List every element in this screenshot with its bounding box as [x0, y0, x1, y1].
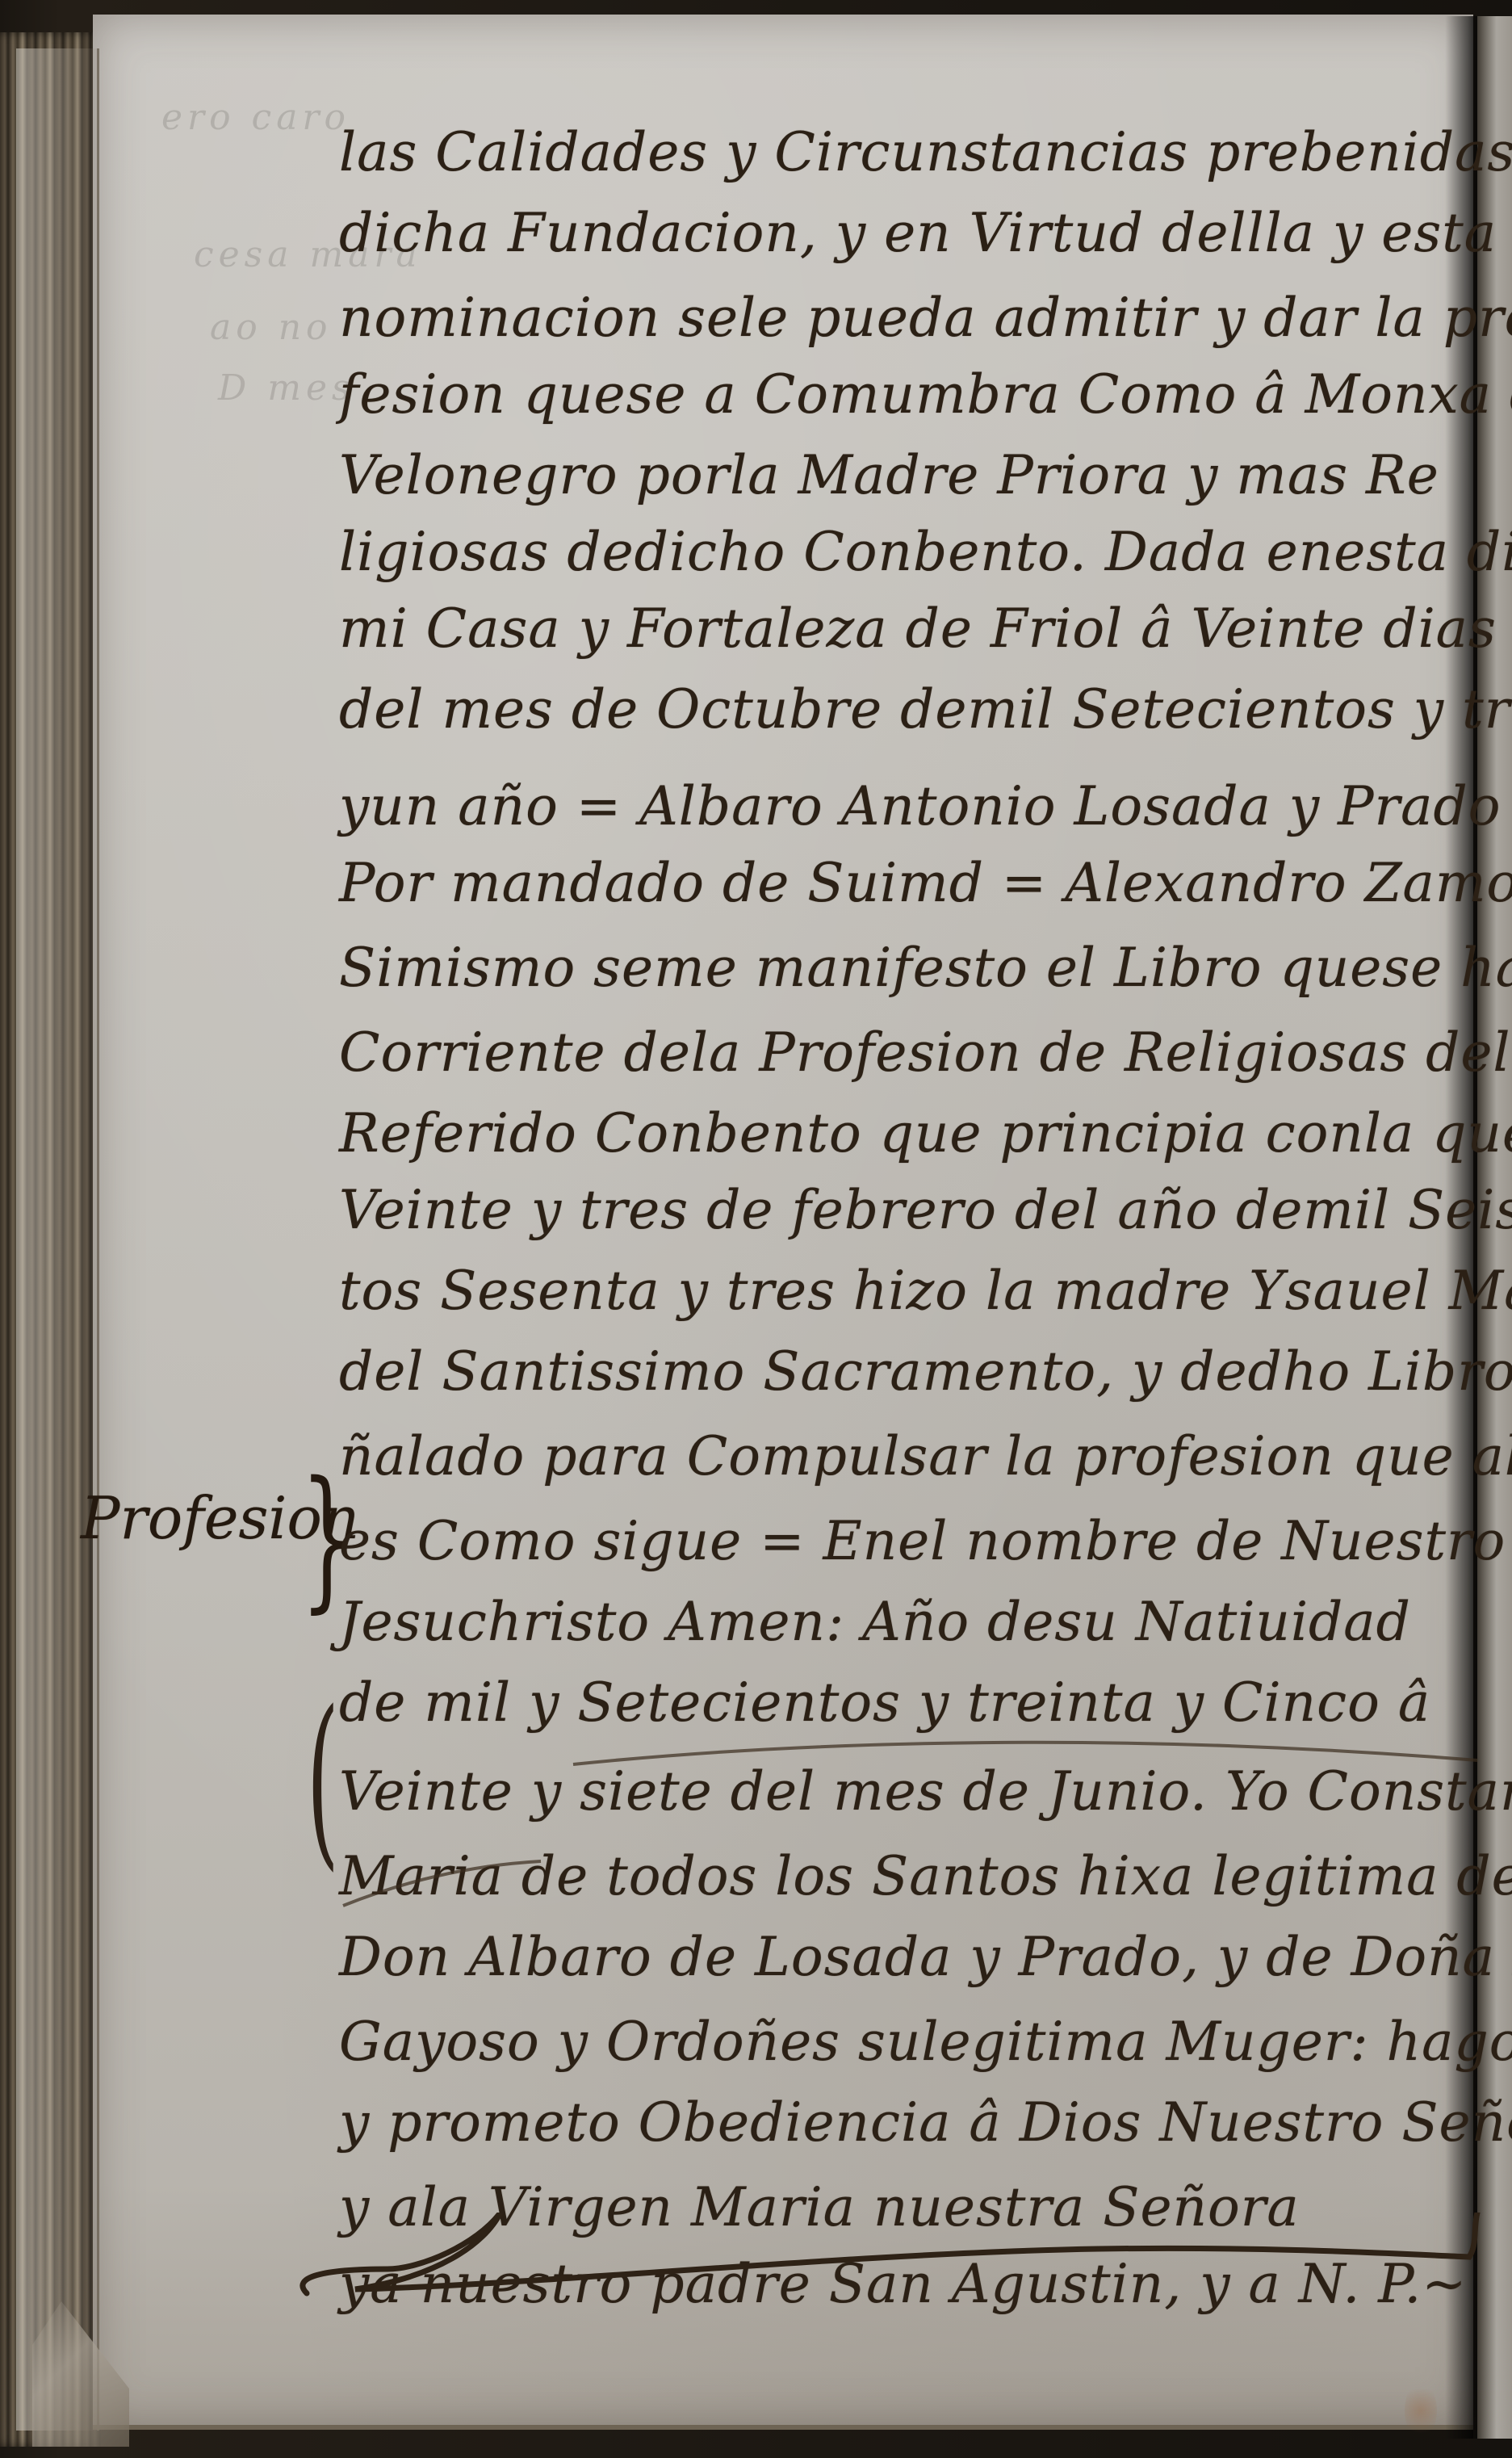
manuscript-line: Don Albaro de Losada y Prado, y de Doña … [339, 1926, 1512, 1988]
manuscript-line: es Como sigue = Enel nombre de Nuestro S… [339, 1510, 1512, 1572]
manuscript-line: Jesuchristo Amen: Año desu Natiuidad [339, 1591, 1411, 1653]
manuscript-line: ligiosas dedicho Conbento. Dada enesta d… [339, 521, 1512, 583]
manuscript-line: Gayoso y Ordoñes sulegitima Muger: hago … [339, 2011, 1512, 2073]
manuscript-line: fesion quese a Comumbra Como â Monxa de [339, 363, 1512, 426]
manuscript-line: nominacion sele pueda admitir y dar la p… [339, 287, 1512, 349]
bleed-through-text: ao no [210, 307, 333, 348]
opening-parenthesis-mark: ( [307, 1688, 339, 1873]
manuscript-line: las Calidades y Circunstancias prebenida… [339, 121, 1512, 183]
bleed-through-text: ero caro [161, 97, 350, 138]
manuscript-line: Por mandado de Suimd = Alexandro Zamora … [339, 852, 1512, 914]
manuscript-line: y prometo Obediencia â Dios Nuestro Seño… [339, 2091, 1512, 2154]
manuscript-line: Velonegro porla Madre Priora y mas Re [339, 444, 1439, 506]
paper-stain [1405, 2382, 1437, 2439]
manuscript-line: mi Casa y Fortaleza de Friol â Veinte di… [339, 598, 1497, 660]
manuscript-line: yun año = Albaro Antonio Losada y Prado … [339, 775, 1512, 837]
manuscript-line: Corriente dela Profesion de Religiosas d… [339, 1021, 1511, 1084]
manuscript-line: ñalado para Compulsar la profesion que a… [339, 1425, 1512, 1487]
manuscript-line: Simismo seme manifesto el Libro quese ha… [339, 937, 1512, 999]
ink-stroke [339, 1849, 549, 1914]
manuscript-line: Veinte y tres de febrero del año demil S… [339, 1179, 1512, 1241]
page-stack-edge [16, 48, 99, 2431]
manuscript-line: de mil y Setecientos y treinta y Cinco â [339, 1672, 1430, 1734]
manuscript-line: dicha Fundacion, y en Virtud dellla y es… [339, 202, 1497, 264]
ink-stroke [565, 1728, 1493, 1776]
closing-flourish [291, 2213, 1485, 2309]
manuscript-line: tos Sesenta y tres hizo la madre Ysauel … [339, 1260, 1512, 1322]
manuscript-line: del mes de Octubre demil Setecientos y t… [339, 678, 1512, 740]
bleed-through-text: D mes [218, 367, 355, 409]
manuscript-line: del Santissimo Sacramento, y dedho Libro… [339, 1340, 1512, 1403]
manuscript-line: Referido Conbento que principia conla qu… [339, 1102, 1512, 1164]
